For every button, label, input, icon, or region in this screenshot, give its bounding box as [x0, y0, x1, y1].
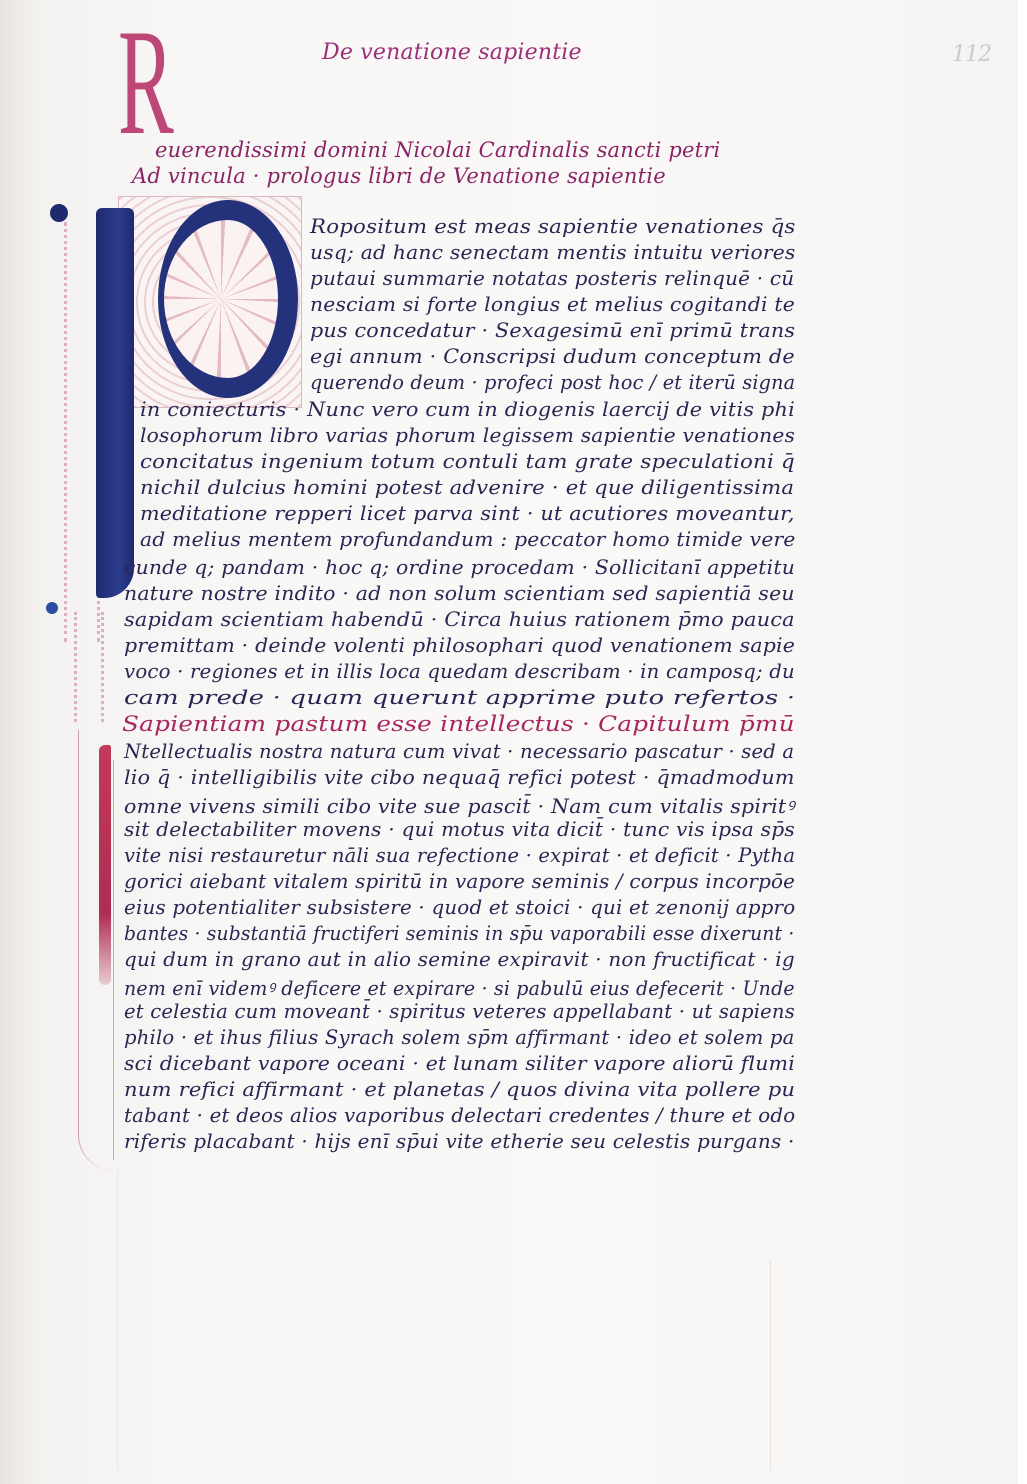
chapter-line: vite nisi restauretur nāli sua refection…: [124, 844, 795, 867]
chapter-line: sci dicebant vapore oceani · et lunam si…: [124, 1052, 795, 1075]
initial-r-rubric: R: [118, 6, 174, 158]
title-line-1: euerendissimi domini Nicolai Cardinalis …: [155, 138, 720, 162]
prologue-line: cam prede · quam querunt apprime puto re…: [124, 686, 795, 709]
prologue-line: premittam · deinde volenti philosophari …: [124, 634, 795, 657]
chapter-line: qui dum in grano aut in alio semine expi…: [124, 948, 795, 971]
prologue-line: pus concedatur · Sexagesimū enī primū tr…: [310, 319, 795, 342]
prologue-line: querendo deum · profeci post hoc / et it…: [310, 371, 795, 394]
prologue-line: voco · regiones et in illis loca quedam …: [124, 660, 795, 683]
prologue-line: nichil dulcius homini potest advenire · …: [140, 476, 794, 499]
illuminated-initial-p-bowl-icon: [158, 200, 298, 398]
chapter-line: tabant · et deos alios vaporibus delecta…: [124, 1104, 795, 1127]
illuminated-initial-p-stem-icon: [96, 208, 134, 598]
chapter-line: et celestia cum moveant̄ · spiritus vete…: [124, 1000, 795, 1023]
prologue-line: usq; ad hanc senectam mentis intuitu ver…: [310, 241, 796, 264]
title-line-2: Ad vincula · prologus libri de Venatione…: [132, 164, 666, 188]
folio-number: 112: [952, 42, 991, 67]
ruling-line-right: [770, 1260, 771, 1470]
prologue-line: nesciam si forte longius et melius cogit…: [310, 293, 795, 316]
flourish-top-icon: [50, 204, 68, 222]
prologue-line: nature nostre indito · ad non solum scie…: [124, 582, 795, 605]
prologue-line: ad melius mentem profundandum : peccator…: [140, 528, 796, 551]
prologue-line: concitatus ingenium totum contuli tam gr…: [140, 450, 795, 473]
chapter-line: eius potentialiter subsistere · quod et …: [124, 896, 795, 919]
prologue-line: meditatione repperi licet parva sint · u…: [140, 502, 795, 525]
filigree-tail-icon: [74, 612, 104, 722]
prologue-line: losophorum libro varias phorum legissem …: [140, 424, 795, 447]
prologue-line: cunde q; pandam · hoc q; ordine procedam…: [124, 556, 795, 579]
manuscript-page: 112 De venatione sapientie R euerendissi…: [0, 0, 1027, 1484]
prologue-line: in coniecturis · Nunc vero cum in diogen…: [140, 398, 795, 421]
chapter-line: num refici affirmant · et planetas / quo…: [124, 1078, 795, 1101]
gutter-shadow: [0, 0, 40, 1484]
chapter-line: nem enī videmꝰ deficere et expirare · si…: [124, 974, 795, 1001]
chapter-line: riferis placabant · hijs enī sp̄ui vite …: [124, 1130, 795, 1153]
chapter-line: Ntellectualis nostra natura cum vivat · …: [124, 740, 794, 763]
ruling-line-left: [117, 1170, 118, 1470]
chapter-line: sit delectabiliter movens · qui motus vi…: [124, 818, 795, 841]
prologue-line: Ropositum est meas sapientie venationes …: [310, 215, 796, 238]
prologue-line: putaui summarie notatas posteris relinqu…: [310, 267, 794, 290]
chapter-line: gorici aiebant vitalem spiritū in vapore…: [124, 870, 795, 893]
filigree-border-icon: [64, 222, 100, 642]
initial-i-red-icon: [99, 745, 111, 985]
prologue-line: egi annum · Conscripsi dudum conceptum d…: [310, 345, 795, 368]
chapter-line: omne vivens simili cibo vite sue pascit̄…: [124, 792, 794, 819]
chapter-line: bantes · substantiā fructiferi seminis i…: [124, 922, 794, 945]
chapter-line: philo · et ihus filius Syrach solem sp̄m…: [124, 1026, 795, 1049]
pen-flourish-line-icon: [113, 760, 114, 1160]
prologue-line: sapidam scientiam habendū · Circa huius …: [124, 608, 795, 631]
running-heading: De venatione sapientie: [322, 40, 582, 65]
chapter-line: lio q̄ · intelligibilis vite cibo nequaq…: [124, 766, 795, 789]
chapter-heading: Sapientiam pastum esse intellectus · Cap…: [122, 712, 795, 736]
flourish-bottom-icon: [46, 602, 58, 614]
